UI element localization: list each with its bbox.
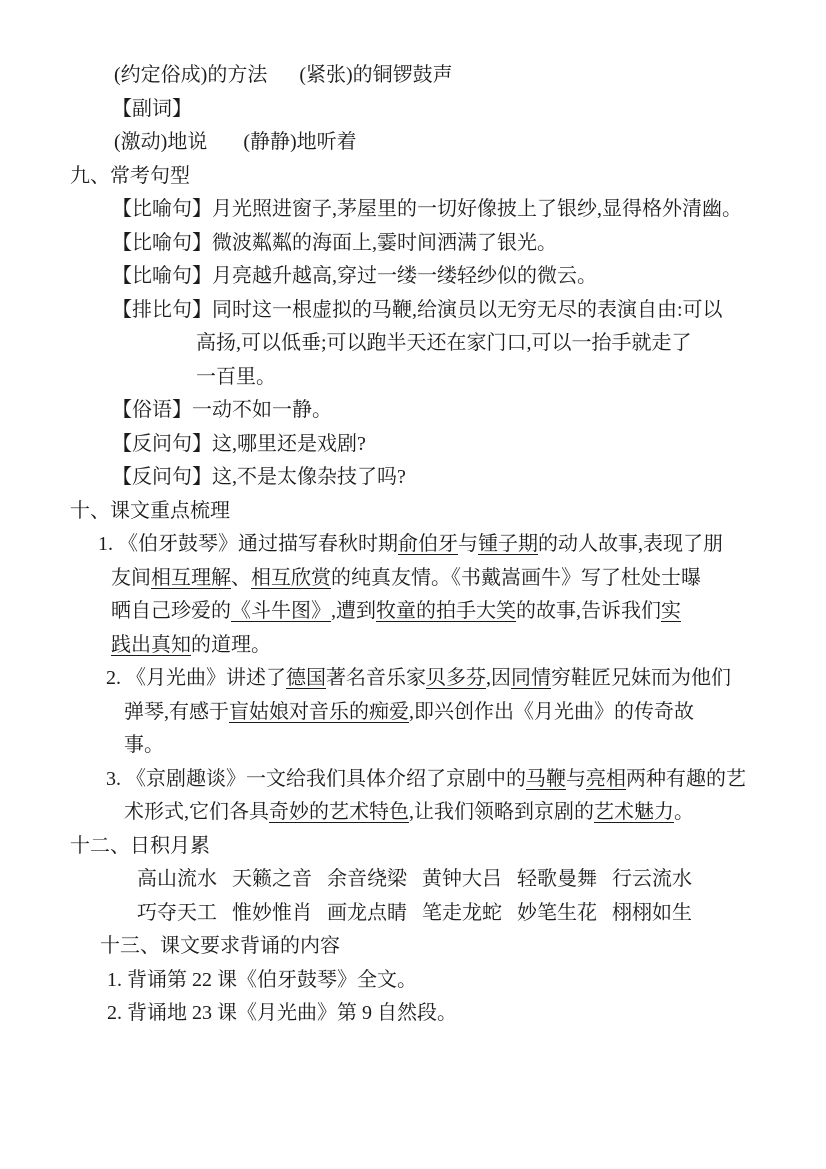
text-segment: 1. 背诵第 22 课《伯牙鼓琴》全文。: [107, 964, 417, 998]
sentence-parallelism-cont-1: 高扬,可以低垂;可以跑半天还在家门口,可以一抬手就走了: [196, 327, 826, 361]
text-gap: [502, 863, 517, 864]
text-segment: 九、常考句型: [70, 160, 190, 194]
text-segment: 巧夺天工: [137, 897, 217, 931]
list-item-1-line-4: 践出真知的道理。: [111, 629, 826, 663]
sentence-rhetorical-1: 【反问句】这,哪里还是戏剧?: [112, 428, 826, 462]
text-segment: ,即兴创作出《月光曲》的传奇故: [409, 696, 694, 730]
text-segment: 晒自己珍爱的: [111, 595, 231, 629]
text-segment: 栩栩如生: [612, 897, 692, 931]
text-segment: 著名音乐家: [326, 662, 426, 696]
idiom-row-1: 高山流水天籁之音余音绕梁黄钟大吕轻歌曼舞行云流水: [137, 863, 826, 897]
text-gap: [597, 897, 612, 898]
text-gap: [207, 126, 243, 127]
underlined-text: 《斗牛图》: [231, 595, 331, 629]
list-item-1-line-1: 1. 《伯牙鼓琴》通过描写春秋时期俞伯牙与锺子期的动人故事,表现了朋: [98, 528, 826, 562]
underlined-text: 奇妙的艺术特色: [269, 796, 409, 830]
text-segment: 【反问句】这,不是太像杂技了吗?: [112, 461, 406, 495]
document-page: (约定俗成)的方法(紧张)的铜锣鼓声【副词】(激动)地说(静静)地听着九、常考句…: [0, 0, 826, 1169]
text-segment: 【副词】: [112, 93, 192, 127]
list-item-1-line-3: 晒自己珍爱的《斗牛图》,遭到牧童的拍手大笑的故事,告诉我们实: [111, 595, 826, 629]
list-item-2-line-1: 2. 《月光曲》讲述了德国著名音乐家贝多芬,因同情穷鞋匠兄妹而为他们: [106, 662, 826, 696]
text-segment: 穷鞋匠兄妹而为他们: [551, 662, 731, 696]
underlined-text: 相互欣赏: [251, 562, 331, 596]
text-segment: 笔走龙蛇: [422, 897, 502, 931]
text-segment: 事。: [124, 729, 164, 763]
underlined-text: 盲姑娘对音乐的痴爱: [229, 696, 409, 730]
underlined-text: 德国: [286, 662, 326, 696]
section-heading-9: 九、常考句型: [70, 160, 826, 194]
text-segment: 【反问句】这,哪里还是戏剧?: [112, 428, 366, 462]
text-segment: 【比喻句】月亮越升越高,穿过一缕一缕轻纱似的微云。: [112, 260, 597, 294]
text-segment: 友间: [111, 562, 151, 596]
sentence-parallelism: 【排比句】同时这一根虚拟的马鞭,给演员以无穷无尽的表演自由:可以: [112, 294, 826, 328]
sentence-parallelism-cont-2: 一百里。: [196, 361, 826, 395]
underlined-text: 俞伯牙: [398, 528, 458, 562]
text-gap: [312, 897, 327, 898]
text-segment: 1. 《伯牙鼓琴》通过描写春秋时期: [98, 528, 398, 562]
phrase-line-method: (约定俗成)的方法(紧张)的铜锣鼓声: [114, 59, 826, 93]
underlined-text: 贝多芬: [426, 662, 486, 696]
underlined-text: 实: [661, 595, 681, 629]
text-segment: 妙笔生花: [517, 897, 597, 931]
text-segment: 黄钟大吕: [422, 863, 502, 897]
text-segment: 一百里。: [196, 361, 276, 395]
text-segment: 画龙点睛: [327, 897, 407, 931]
text-segment: 【比喻句】月光照进窗子,茅屋里的一切好像披上了银纱,显得格外清幽。: [112, 193, 742, 227]
underlined-text: 相互理解: [151, 562, 231, 596]
text-segment: 【比喻句】微波粼粼的海面上,霎时间洒满了银光。: [112, 227, 557, 261]
recite-item-2: 2. 背诵地 23 课《月光曲》第 9 自然段。: [107, 997, 826, 1031]
text-segment: 行云流水: [612, 863, 692, 897]
text-segment: 3. 《京剧趣谈》一文给我们具体介绍了京剧中的: [106, 763, 526, 797]
text-segment: ,遭到: [331, 595, 376, 629]
text-gap: [267, 59, 299, 60]
section-heading-10: 十、课文重点梳理: [70, 495, 826, 529]
text-segment: (激动)地说: [114, 126, 207, 160]
underlined-text: 践出真知: [111, 629, 191, 663]
text-segment: 术形式,它们各具: [124, 796, 269, 830]
text-gap: [407, 897, 422, 898]
sentence-simile-2: 【比喻句】微波粼粼的海面上,霎时间洒满了银光。: [112, 227, 826, 261]
text-gap: [217, 897, 232, 898]
recite-item-1: 1. 背诵第 22 课《伯牙鼓琴》全文。: [107, 964, 826, 998]
list-item-2-line-2: 弹琴,有感于盲姑娘对音乐的痴爱,即兴创作出《月光曲》的传奇故: [124, 696, 826, 730]
text-segment: 十二、日积月累: [70, 830, 210, 864]
text-segment: 两种有趣的艺: [626, 763, 746, 797]
phrase-line-adverb: (激动)地说(静静)地听着: [114, 126, 826, 160]
text-segment: 弹琴,有感于: [124, 696, 229, 730]
text-segment: 。: [674, 796, 694, 830]
text-gap: [597, 863, 612, 864]
text-segment: 、: [231, 562, 251, 596]
underlined-text: 同情: [511, 662, 551, 696]
text-segment: 的动人故事,表现了朋: [538, 528, 723, 562]
text-segment: ,让我们领略到京剧的: [409, 796, 594, 830]
text-gap: [217, 863, 232, 864]
section-heading-12: 十二、日积月累: [70, 830, 826, 864]
underlined-text: 锺子期: [478, 528, 538, 562]
text-segment: 2. 《月光曲》讲述了: [106, 662, 286, 696]
text-segment: 余音绕梁: [327, 863, 407, 897]
text-segment: 高山流水: [137, 863, 217, 897]
text-gap: [312, 863, 327, 864]
sentence-simile-1: 【比喻句】月光照进窗子,茅屋里的一切好像披上了银纱,显得格外清幽。: [112, 193, 826, 227]
text-segment: 天籁之音: [232, 863, 312, 897]
text-segment: 的道理。: [191, 629, 271, 663]
text-segment: 【俗语】一动不如一静。: [112, 394, 332, 428]
text-gap: [502, 897, 517, 898]
text-segment: (约定俗成)的方法: [114, 59, 267, 93]
idiom-row-2: 巧夺天工惟妙惟肖画龙点睛笔走龙蛇妙笔生花栩栩如生: [137, 897, 826, 931]
list-item-2-line-3: 事。: [124, 729, 826, 763]
text-segment: 轻歌曼舞: [517, 863, 597, 897]
text-segment: ,因: [486, 662, 511, 696]
text-segment: (紧张)的铜锣鼓声: [299, 59, 452, 93]
text-segment: 2. 背诵地 23 课《月光曲》第 9 自然段。: [107, 997, 457, 1031]
text-segment: 十、课文重点梳理: [70, 495, 230, 529]
label-adverb: 【副词】: [112, 93, 826, 127]
section-heading-13: 十三、课文要求背诵的内容: [100, 930, 826, 964]
sentence-rhetorical-2: 【反问句】这,不是太像杂技了吗?: [112, 461, 826, 495]
sentence-proverb: 【俗语】一动不如一静。: [112, 394, 826, 428]
text-segment: 十三、课文要求背诵的内容: [100, 930, 340, 964]
list-item-3-line-1: 3. 《京剧趣谈》一文给我们具体介绍了京剧中的马鞭与亮相两种有趣的艺: [106, 763, 826, 797]
underlined-text: 亮相: [586, 763, 626, 797]
underlined-text: 马鞭: [526, 763, 566, 797]
text-segment: 高扬,可以低垂;可以跑半天还在家门口,可以一抬手就走了: [196, 327, 692, 361]
underlined-text: 艺术魅力: [594, 796, 674, 830]
text-segment: 【排比句】同时这一根虚拟的马鞭,给演员以无穷无尽的表演自由:可以: [112, 294, 723, 328]
text-segment: 与: [458, 528, 478, 562]
sentence-simile-3: 【比喻句】月亮越升越高,穿过一缕一缕轻纱似的微云。: [112, 260, 826, 294]
text-segment: 惟妙惟肖: [232, 897, 312, 931]
text-segment: (静静)地听着: [243, 126, 356, 160]
text-segment: 与: [566, 763, 586, 797]
text-segment: 的故事,告诉我们: [516, 595, 661, 629]
underlined-text: 牧童的拍手大笑: [376, 595, 516, 629]
text-gap: [407, 863, 422, 864]
text-segment: 的纯真友情。《书戴嵩画牛》写了杜处士曝: [331, 562, 701, 596]
list-item-3-line-2: 术形式,它们各具奇妙的艺术特色,让我们领略到京剧的艺术魅力。: [124, 796, 826, 830]
list-item-1-line-2: 友间相互理解、相互欣赏的纯真友情。《书戴嵩画牛》写了杜处士曝: [111, 562, 826, 596]
